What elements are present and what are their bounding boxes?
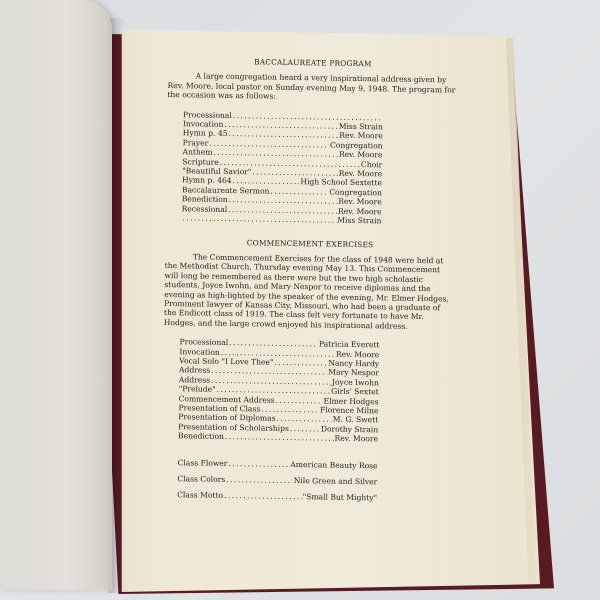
- program-row: Class FlowerAmerican Beauty Rose: [178, 458, 378, 471]
- program-item: Address: [179, 366, 210, 376]
- class-info-list: Class FlowerAmerican Beauty RoseClass Co…: [177, 458, 378, 503]
- dot-leader: [228, 459, 289, 469]
- program-participant: Rev. Moore: [334, 434, 378, 444]
- program-row: Class ColorsNile Green and Silver: [177, 474, 377, 487]
- program-item: Benediction: [178, 431, 224, 441]
- program-participant: Choir: [361, 160, 382, 170]
- program-item: Anthem: [182, 147, 212, 157]
- dot-leader: [224, 491, 302, 502]
- dot-leader: [290, 424, 320, 434]
- program-item: Class Colors: [177, 474, 225, 484]
- program-item: Class Motto: [177, 491, 223, 501]
- baccalaureate-program-list: ProcessionalInvocationMiss StrainHymn p.…: [181, 110, 383, 226]
- program-item: Scripture: [182, 157, 219, 167]
- left-page: [0, 0, 112, 590]
- commencement-paragraph: The Commencement Exercises for the class…: [164, 252, 455, 332]
- program-item: Prayer: [183, 138, 209, 148]
- program-participant: Miss Strain: [337, 216, 381, 226]
- dot-leader: [226, 475, 293, 485]
- program-participant: Nile Green and Silver: [294, 476, 378, 487]
- program-participant: American Beauty Rose: [290, 460, 377, 471]
- program-item: Class Flower: [178, 458, 228, 468]
- page-text: BACCALAUREATE PROGRAM A large congregati…: [161, 56, 458, 504]
- baccalaureate-paragraph: A large congregation heard a very inspir…: [167, 71, 457, 104]
- program-item: Address: [179, 375, 210, 385]
- program-participant: "Small But Mighty": [303, 493, 378, 504]
- program-item: "Prelude": [179, 384, 216, 394]
- dot-leader: [225, 432, 334, 443]
- commencement-program-list: ProcessionalPatricia EverettInvocationRe…: [178, 337, 380, 444]
